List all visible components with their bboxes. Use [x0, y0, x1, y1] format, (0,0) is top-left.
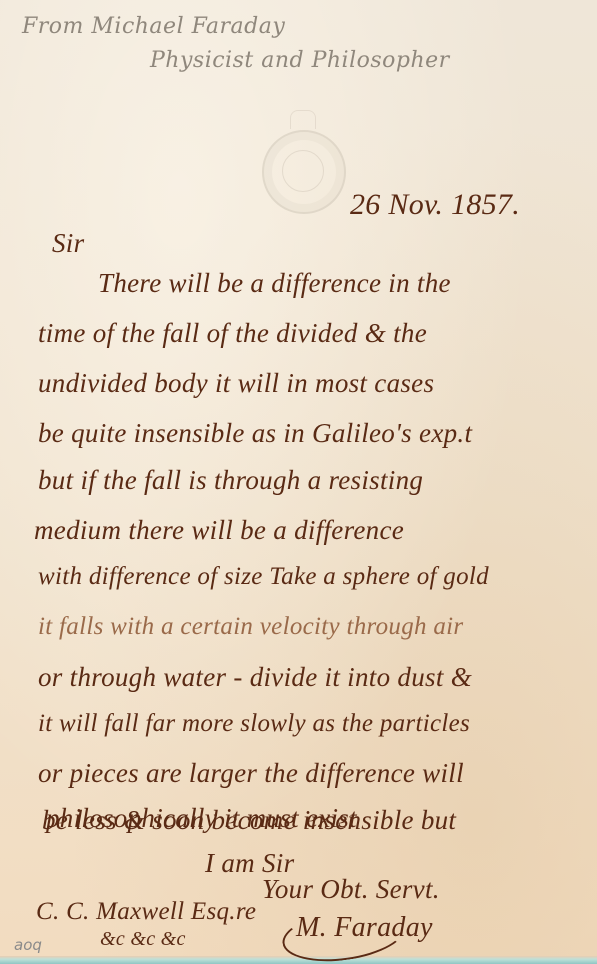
- letter-date: 26 Nov. 1857.: [350, 188, 520, 222]
- body-line-last: philosophically it must exist: [46, 803, 357, 834]
- body-line: it will fall far more slowly as the part…: [38, 710, 470, 738]
- body-line: There will be a difference in the: [98, 268, 451, 299]
- body-line: but if the fall is through a resisting: [38, 465, 423, 496]
- body-line: be quite insensible as in Galileo's exp.…: [38, 418, 472, 449]
- embossed-seal-icon: [262, 130, 346, 214]
- body-line: time of the fall of the divided & the: [38, 318, 427, 349]
- embossed-crown-icon: [290, 110, 316, 129]
- body-line: with difference of size Take a sphere of…: [38, 563, 489, 591]
- closing-line2: Your Obt. Servt.: [262, 874, 440, 905]
- salutation: Sir: [52, 228, 84, 259]
- body-line: undivided body it will in most cases: [38, 368, 434, 399]
- body-line: medium there will be a difference: [34, 515, 404, 546]
- pencil-annotation-line1: From Michael Faraday: [22, 14, 285, 39]
- recipient-name: C. C. Maxwell Esq.re: [36, 898, 256, 926]
- body-line: or through water - divide it into dust &: [38, 662, 472, 693]
- recipient-suffix: &c &c &c: [100, 928, 186, 951]
- signature: M. Faraday: [296, 912, 433, 944]
- body-line: it falls with a certain velocity through…: [38, 613, 463, 641]
- pencil-annotation-line2: Physicist and Philosopher: [150, 48, 450, 73]
- body-line: or pieces are larger the difference will: [38, 758, 464, 789]
- archive-mark: aoq: [14, 936, 42, 954]
